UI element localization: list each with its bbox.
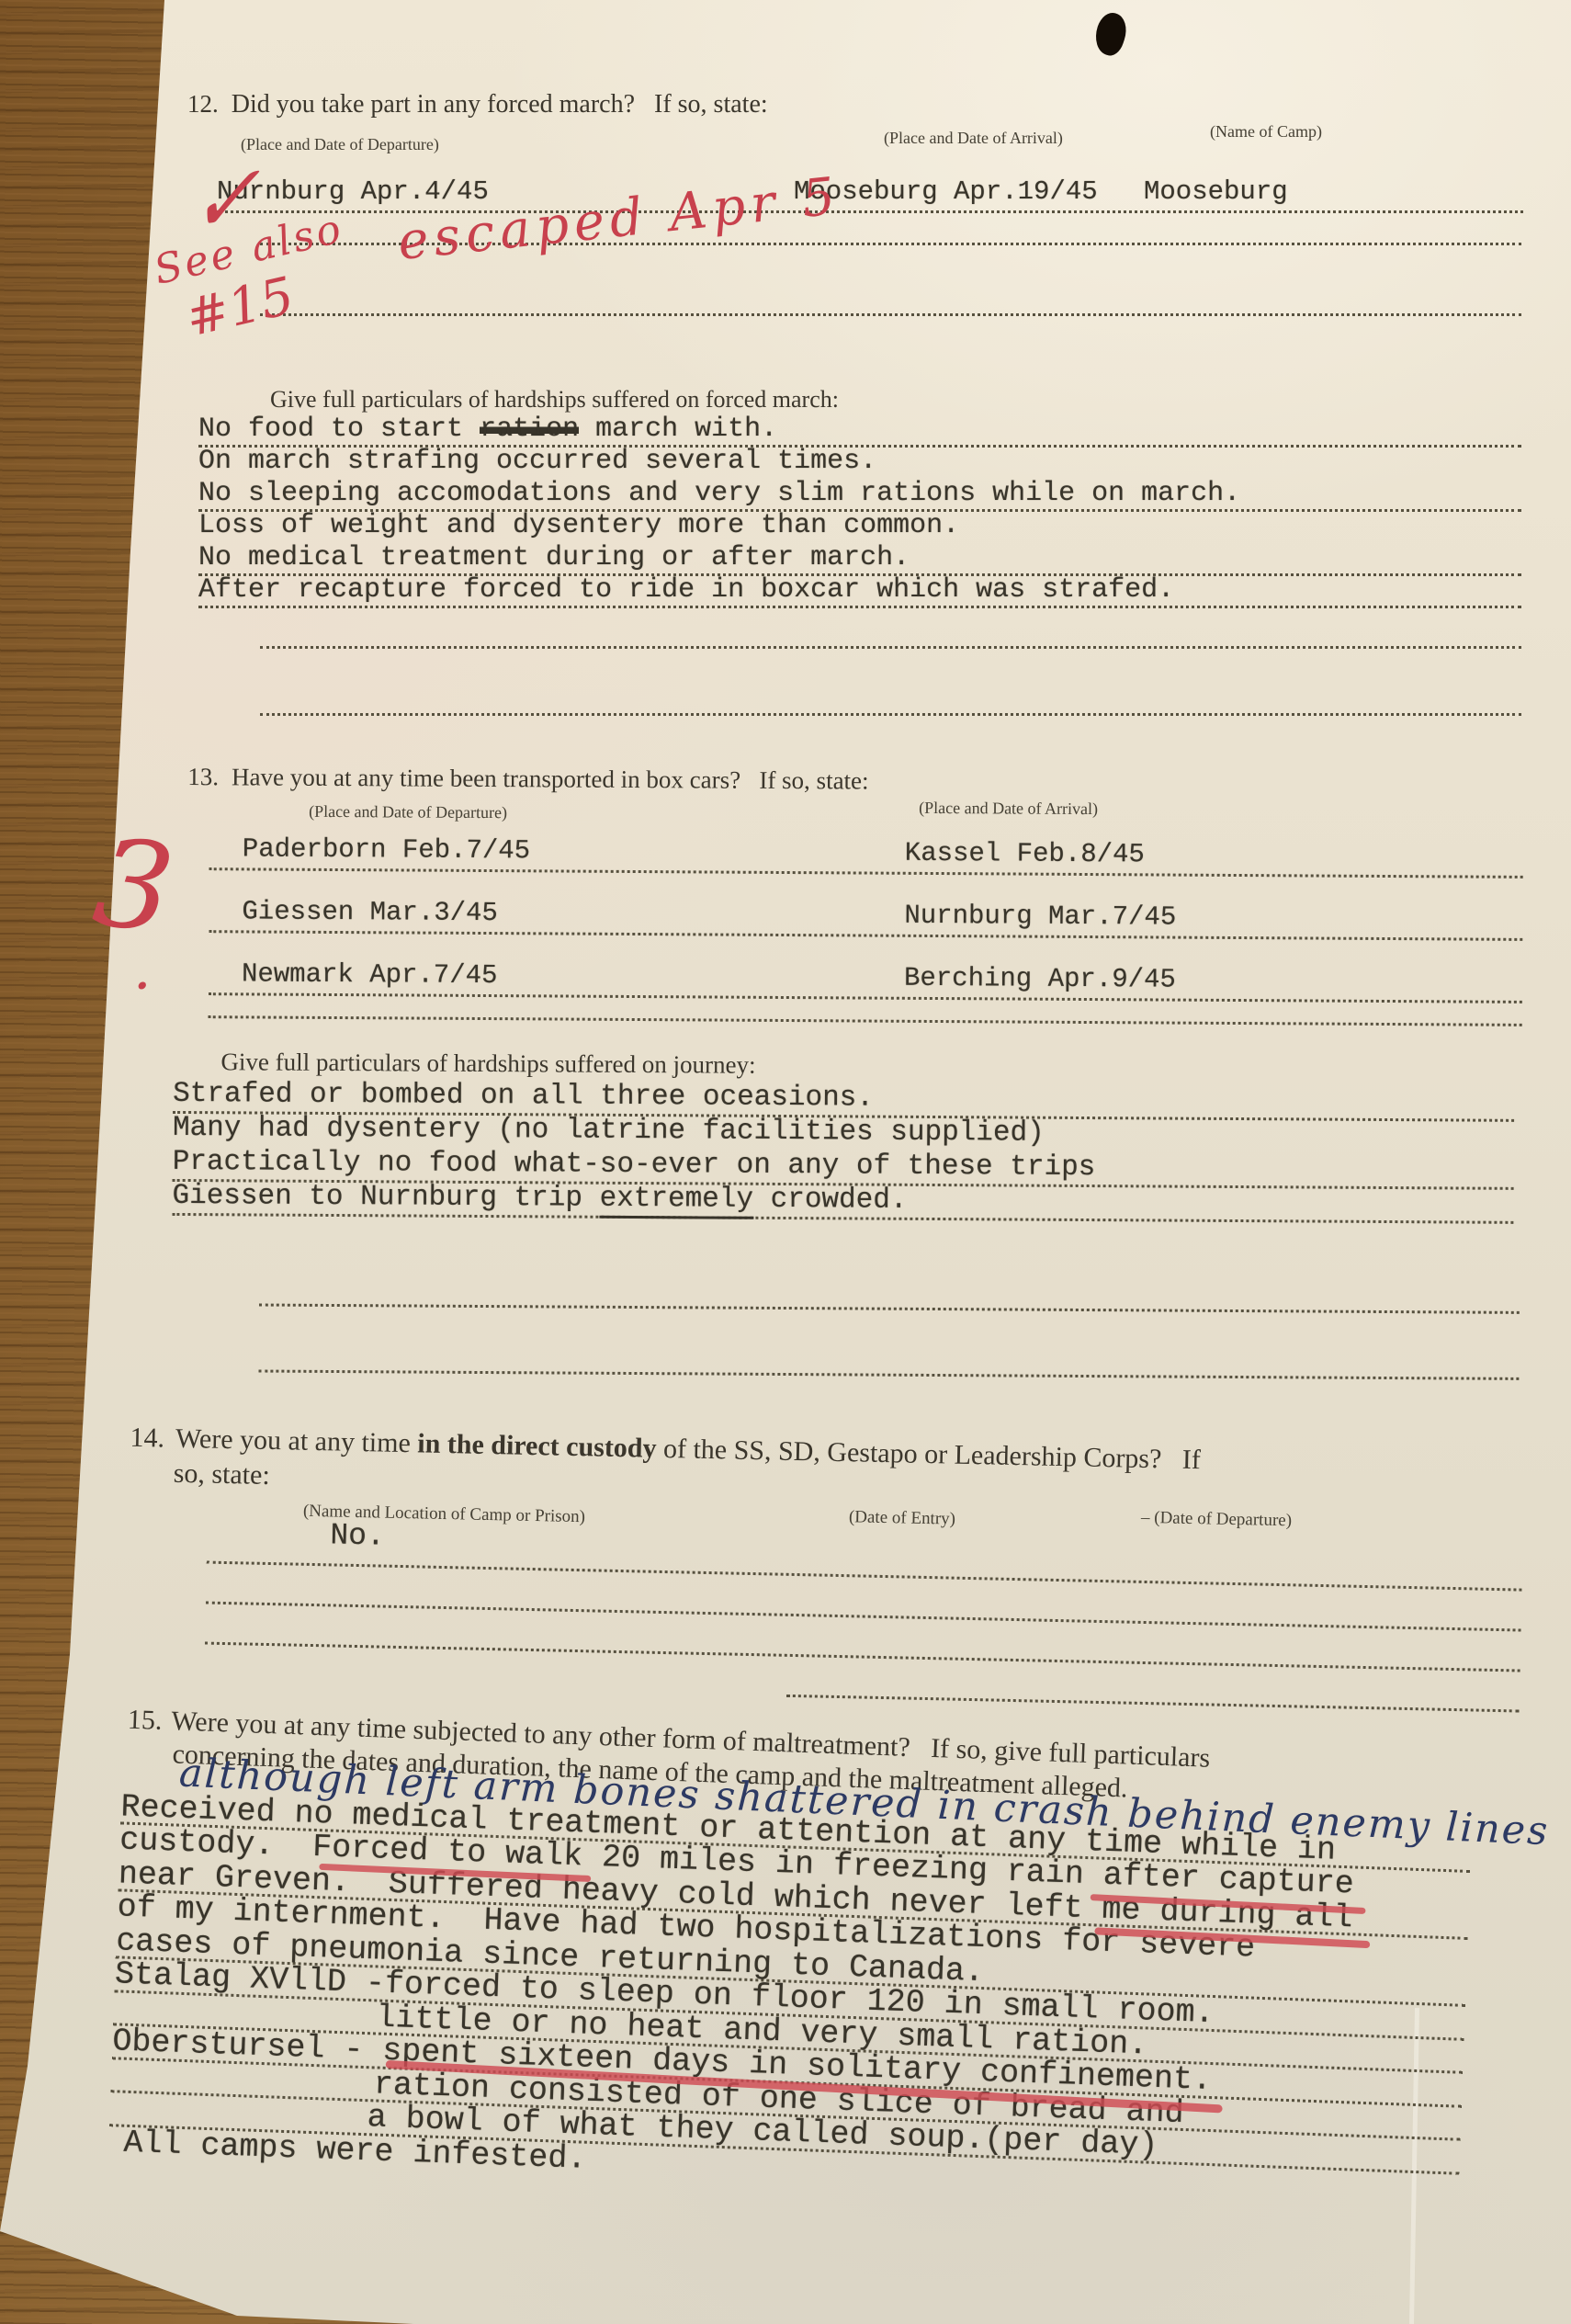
q14-answer: No. bbox=[330, 1520, 385, 1551]
dotted-rule bbox=[260, 646, 1521, 649]
q12-particulars-label: Give full particulars of hardships suffe… bbox=[270, 386, 839, 414]
q13-row-arrival: Berching Apr.9/45 bbox=[904, 965, 1176, 993]
q13-row: Giessen Mar.3/45 Nurnburg Mar.7/45 bbox=[209, 892, 1522, 941]
journey-line-text: Giessen to Nurnburg trip bbox=[172, 1180, 599, 1215]
q13-row-departure: Paderborn Feb.7/45 bbox=[243, 835, 530, 864]
dotted-rule bbox=[260, 713, 1521, 716]
q13-row: Paderborn Feb.7/45 Kassel Feb.8/45 bbox=[209, 830, 1523, 879]
march-hardship-line: No sleeping accomodations and very slim … bbox=[198, 480, 1521, 512]
journey-line-text: Many had dysentery (no latrine facilitie… bbox=[173, 1112, 1045, 1150]
q14-question-pre: Were you at any time bbox=[175, 1423, 418, 1459]
q13-row-departure: Giessen Mar.3/45 bbox=[242, 898, 498, 926]
q13-row-departure: Newmark Apr.7/45 bbox=[242, 960, 498, 989]
journey-line-text: crowded. bbox=[753, 1184, 908, 1217]
q13-row: Newmark Apr.7/45 Berching Apr.9/45 bbox=[209, 955, 1522, 1003]
q13-row-arrival: Nurnburg Mar.7/45 bbox=[904, 902, 1176, 931]
q13-number: 13. bbox=[187, 763, 219, 790]
march-line-text: No sleeping accomodations and very slim … bbox=[198, 478, 1240, 509]
march-hardship-line: On march strafing occurred several times… bbox=[198, 448, 1521, 480]
q12-header-arrival: (Place and Date of Arrival) bbox=[884, 129, 1063, 148]
march-line-text: No food to start bbox=[198, 414, 480, 445]
march-line-struck-word: ration bbox=[480, 414, 579, 445]
q12-number: 12. bbox=[187, 90, 219, 118]
journey-line-text: Practically no food what-so-ever on any … bbox=[173, 1146, 1096, 1184]
q13-header-arrival: (Place and Date of Arrival) bbox=[919, 799, 1098, 819]
march-line-text: march with. bbox=[579, 414, 777, 445]
q14-number: 14. bbox=[130, 1423, 164, 1454]
q13-header-departure: (Place and Date of Departure) bbox=[309, 802, 507, 822]
march-line-text: After recapture forced to ride in boxcar… bbox=[198, 574, 1174, 606]
red-margin-note-dot: . bbox=[133, 935, 152, 1003]
q14-header-departure: – (Date of Departure) bbox=[1141, 1508, 1292, 1531]
march-line-text: No medical treatment during or after mar… bbox=[198, 542, 910, 573]
q13-question: Have you at any time been transported in… bbox=[232, 763, 869, 794]
march-hardship-line: After recapture forced to ride in boxcar… bbox=[198, 576, 1521, 608]
dotted-rule bbox=[260, 313, 1521, 316]
q14-header-entry: (Date of Entry) bbox=[849, 1507, 955, 1529]
journey-line-underlined-word: extremely bbox=[599, 1183, 753, 1219]
march-line-text: Loss of weight and dysentery more than c… bbox=[198, 510, 959, 541]
march-hardship-line: Loss of weight and dysentery more than c… bbox=[198, 512, 1521, 544]
journey-line-text: Strafed or bombed on all three oceasions… bbox=[173, 1078, 874, 1115]
q12-header-camp: (Name of Camp) bbox=[1210, 122, 1322, 142]
q14-question-bold: in the direct custody bbox=[417, 1428, 657, 1463]
q12-entry-camp: Mooseburg bbox=[1144, 178, 1288, 205]
q13-particulars-label: Give full particulars of hardships suffe… bbox=[220, 1048, 755, 1080]
q12-entry-row: Nurnburg Apr.4/45 Mooseburg Apr.19/45 Mo… bbox=[209, 171, 1523, 213]
q15-number: 15. bbox=[127, 1705, 163, 1736]
q12-header-departure: (Place and Date of Departure) bbox=[241, 135, 439, 154]
march-hardship-line: No food to start ration march with. bbox=[198, 415, 1521, 448]
march-line-text: On march strafing occurred several times… bbox=[198, 446, 876, 477]
march-hardship-line: No medical treatment during or after mar… bbox=[198, 544, 1521, 576]
q12-question: Did you take part in any forced march? I… bbox=[232, 90, 768, 119]
q14-question-line2: so, state: bbox=[173, 1458, 270, 1491]
photographed-document: 12.Did you take part in any forced march… bbox=[0, 0, 1571, 2324]
q13-row-arrival: Kassel Feb.8/45 bbox=[905, 840, 1145, 868]
